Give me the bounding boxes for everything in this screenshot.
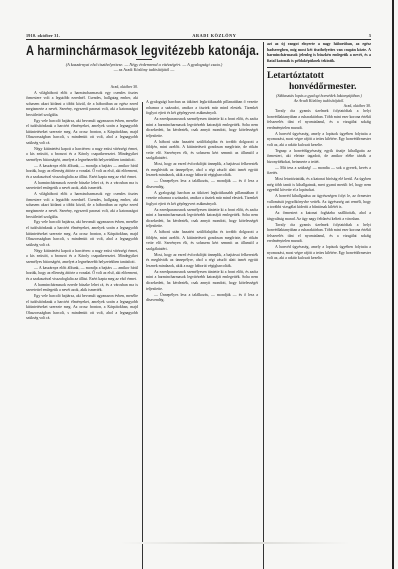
paragraph: A harminchármasok ezrede büszke lehet rá… — [26, 181, 138, 192]
paragraph: Az ezredparancsnok személyesen tüntette … — [146, 117, 258, 139]
main-article-header: A harminchármasok legvitézebb katonája. … — [26, 42, 262, 76]
paragraph: A világháború előtt a harmincharmasok eg… — [26, 192, 138, 220]
paragraph: — Ünnepélyes lesz a találkozás, — mondjá… — [146, 293, 258, 304]
paragraph: Tavaly óta gyanús üzelmek folytatódtak a… — [267, 223, 371, 245]
divider — [136, 59, 152, 60]
paragraph: — Ünnepélyes lesz a találkozás, — mondjá… — [146, 179, 258, 190]
paragraph: Most, hogy az ezred évfordulóját ünnepli… — [146, 253, 258, 270]
running-head: 1910. október 31. ARADI KÖZLÖNY 3 — [26, 30, 371, 40]
columns: A harminchármasok legvitézebb katonája. … — [26, 40, 371, 550]
paragraph: Most letartóztatták, és a katonai bírósá… — [267, 177, 371, 194]
paragraph: Négy kitüntetést kapott a harctéren: a n… — [26, 147, 138, 164]
column-rule — [142, 102, 143, 569]
paragraph: Az ezredparancsnok személyesen tüntette … — [146, 208, 258, 230]
main-headline: A harminchármasok legvitézebb katonája. — [26, 43, 262, 58]
divider — [267, 67, 371, 68]
masthead: ARADI KÖZLÖNY — [192, 33, 236, 38]
continuation-paragraph: azt az új rangot elnyerte a nagy háborúb… — [267, 42, 371, 64]
paragraph: — A kaszárnya előtt álltunk, — mondja a … — [26, 266, 138, 283]
paragraph: — A kaszárnya előtt álltunk, — mondja a … — [26, 164, 138, 181]
paragraph: A háború után hazatért szülőfalujába és … — [146, 230, 258, 252]
story-headline: Letartóztatott honvédőrmester. — [267, 71, 371, 93]
paragraph: A világháború előtt a harmincharmasok eg… — [26, 91, 138, 119]
paragraph: Most, hogy az ezred évfordulóját ünnepli… — [146, 162, 258, 179]
paragraph: A gyalogsági harcban az ütközet legkriti… — [146, 100, 258, 117]
page-edge-rule — [392, 0, 394, 569]
page-number: 3 — [369, 33, 371, 38]
paragraph: A gyalogsági harcban az ütközet legkriti… — [146, 191, 258, 208]
paragraph: — Mit tesz a szükség! — mondta — sok a g… — [267, 166, 371, 177]
newspaper-page: 1910. október 31. ARADI KÖZLÖNY 3 A harm… — [26, 30, 371, 550]
paragraph: A honvéd ügyészség, amely a lopások ügyé… — [267, 132, 371, 149]
paragraph: A honvéd kihallgatása az ügyészségen fol… — [267, 194, 371, 211]
paragraph: A háború után hazatért szülőfalujába és … — [146, 140, 258, 162]
paragraph: A harminchármasok ezrede büszke lehet rá… — [26, 283, 138, 294]
issue-date: 1910. október 31. — [26, 33, 60, 38]
paragraph: Tegnap a honvédügyészség egyik tisztje k… — [267, 149, 371, 166]
scan-artifact — [120, 542, 350, 544]
paragraph: Négy kitüntetést kapott a harctéren: a n… — [26, 249, 138, 266]
right-column: azt az új rangot elnyerte a nagy háborúb… — [267, 42, 371, 569]
paragraph: Egy vele harcoló bajtársa, aki bevonult … — [26, 220, 138, 248]
paragraph: Az őrmestert a katonai fogházba szállíto… — [267, 211, 371, 222]
paragraph: Egy vele harcoló bajtársa, aki bevonult … — [26, 294, 138, 322]
article-column-1: Arad, október 30. A világháború előtt a … — [26, 85, 138, 569]
column-rule — [263, 42, 264, 569]
story-headline-line-2: honvédőrmester. — [267, 82, 371, 93]
story-headline-line-1: Letartóztatott — [267, 71, 324, 81]
paragraph: Tavaly óta gyanús üzelmek folytatódtak a… — [267, 109, 371, 131]
article-column-2: A gyalogsági harcban az ütközet legkriti… — [146, 100, 258, 569]
paragraph: Egy vele harcoló bajtársa, aki bevonult … — [26, 119, 138, 147]
article-byline: — az Aradi Közlöny tudósítójától — — [26, 67, 262, 73]
paragraph: Az ezredparancsnok személyesen tüntette … — [146, 270, 258, 292]
paragraph: A honvéd ügyészség, amely a lopások ügyé… — [267, 245, 371, 262]
